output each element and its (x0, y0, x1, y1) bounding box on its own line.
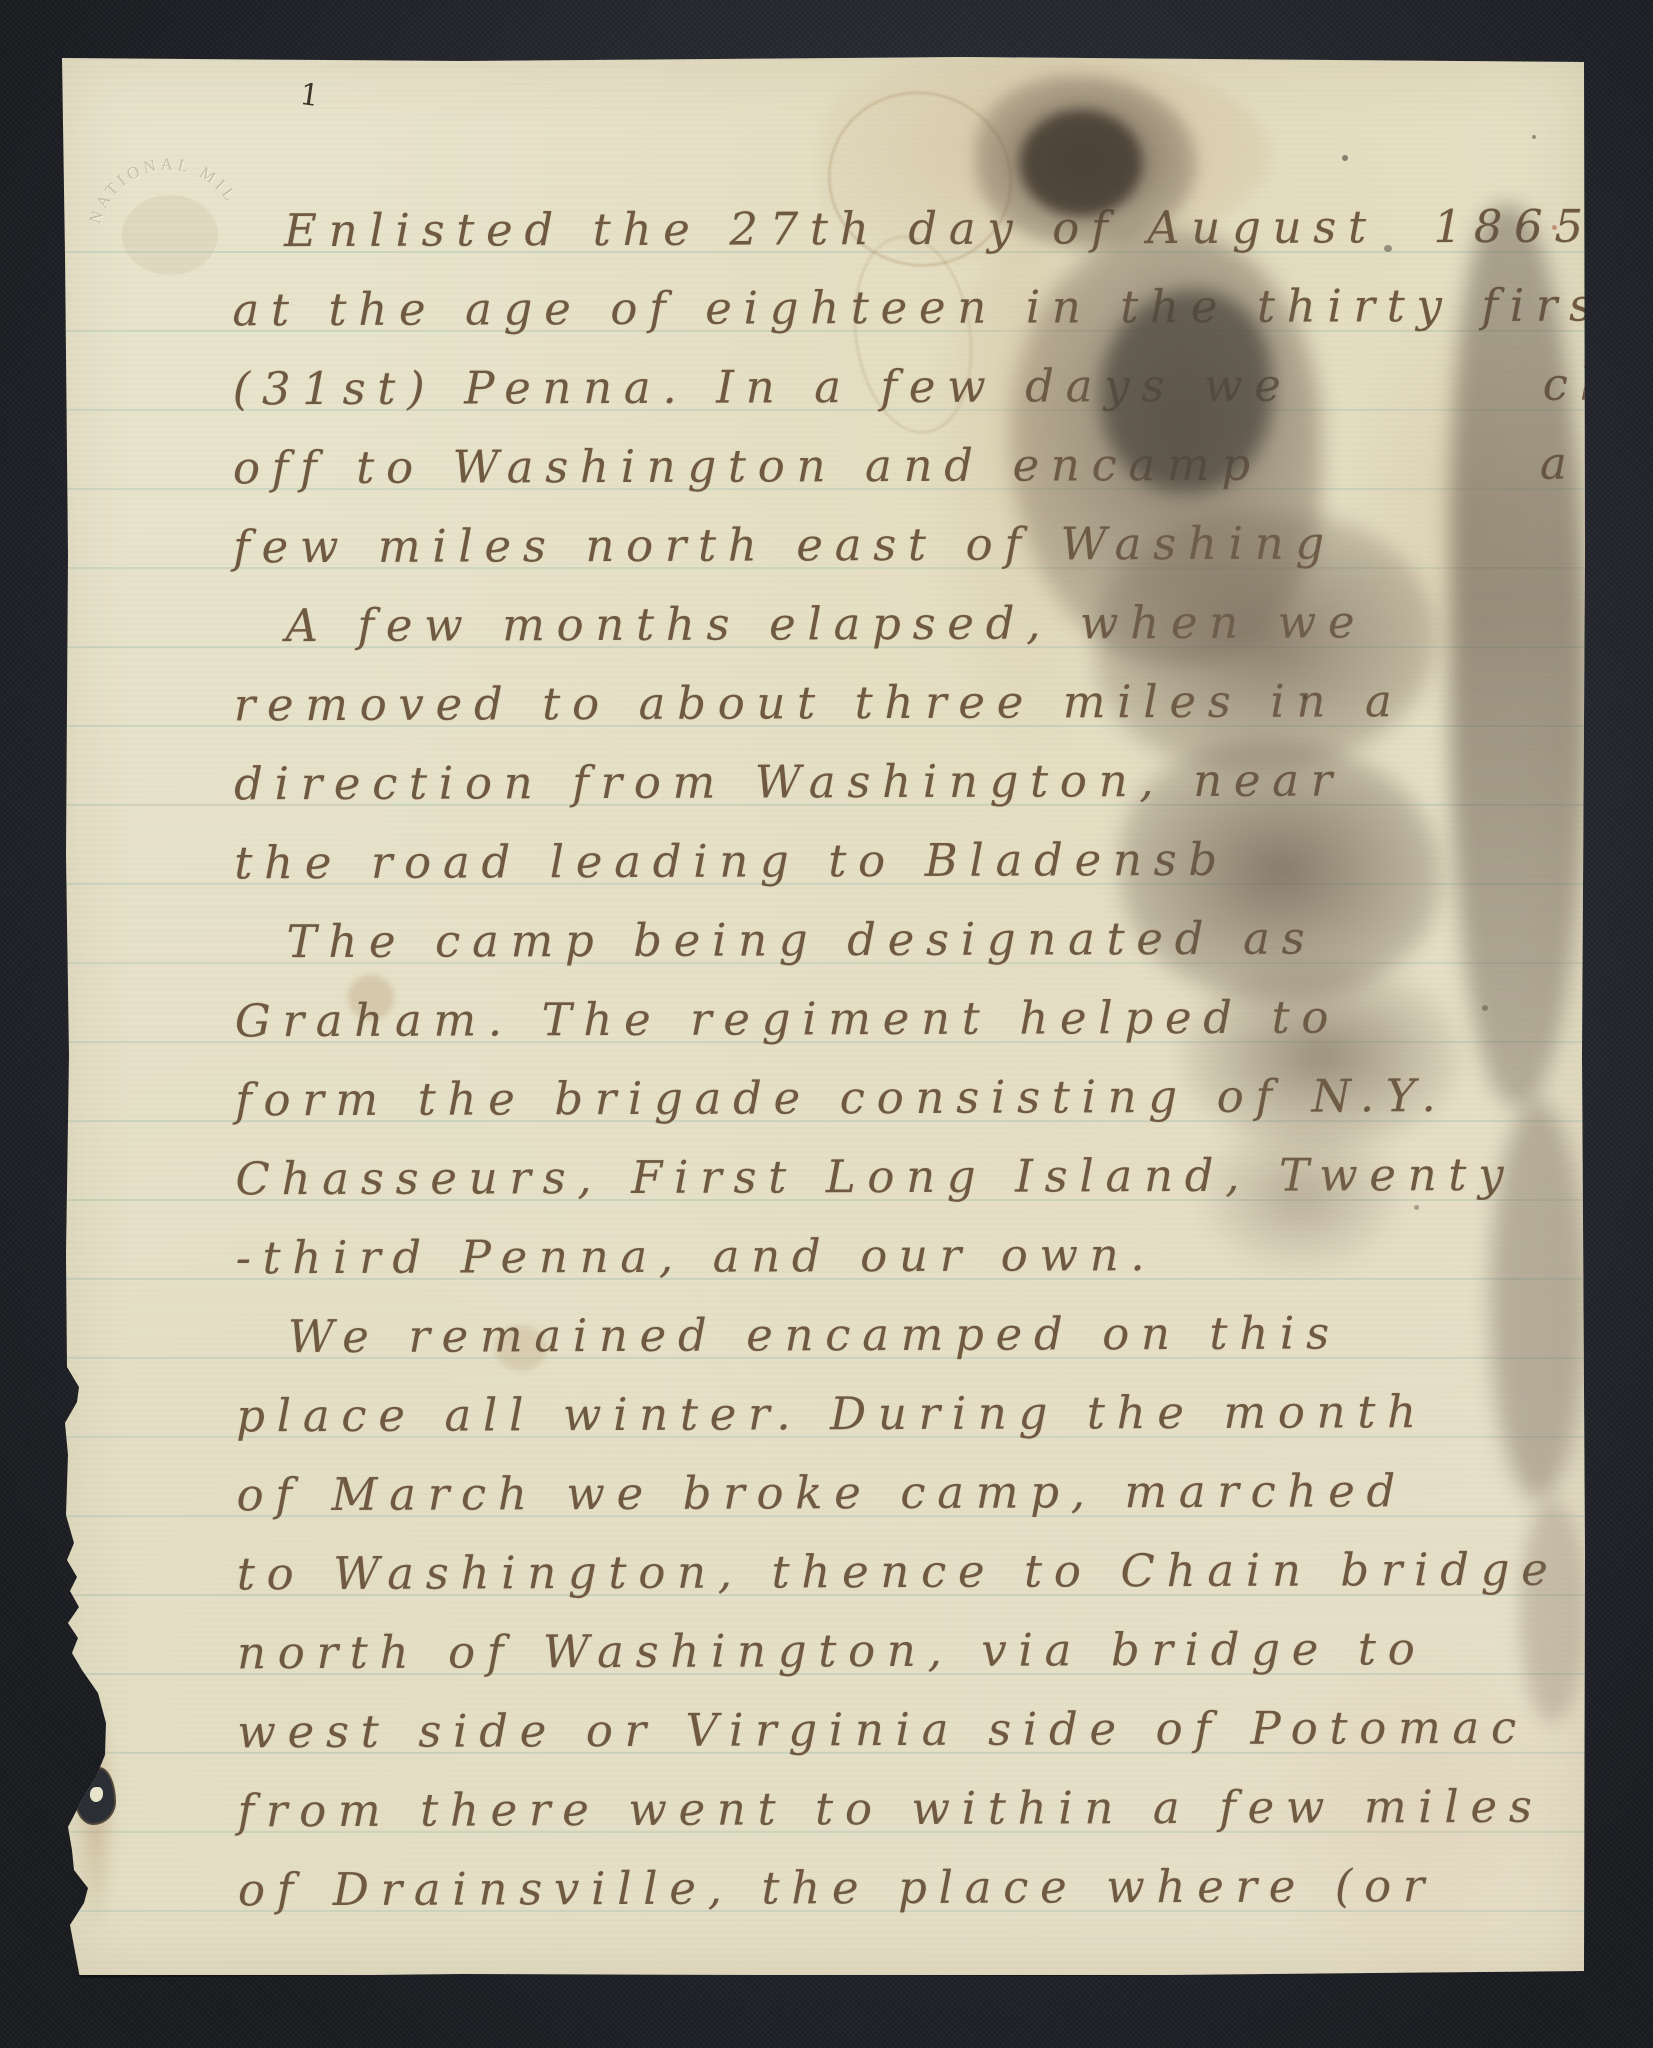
manuscript-line: the road leading to Bladensb (234, 819, 1564, 903)
manuscript-line: A few months elapsed, when we (233, 582, 1563, 666)
handwritten-text-block: Enlisted the 27th day of August 1865 at … (232, 187, 1568, 1930)
manuscript-line: Graham. The regiment helped to (235, 977, 1565, 1061)
manuscript-line: Enlisted the 27th day of August 1865 (232, 187, 1562, 271)
manuscript-line: -third Penna, and our own. (236, 1214, 1566, 1298)
manuscript-line: (31st) Penna. In a few days we ched (233, 345, 1563, 429)
manuscript-line: place all winter. During the month (236, 1372, 1566, 1456)
manuscript-line: of March we broke camp, marched (236, 1451, 1566, 1535)
manuscript-line: few miles north east of Washing (233, 503, 1563, 587)
manuscript-line: We remained encamped on this (236, 1293, 1566, 1377)
manuscript-line: west side or Virginia side of Potomac (237, 1688, 1567, 1772)
manuscript-page: NATIONAL MIL NATIONAL MIL 1 Enlisted the… (62, 55, 1585, 1975)
manuscript-line: Chasseurs, First Long Island, Twenty (235, 1135, 1565, 1219)
manuscript-line: form the brigade consisting of N.Y. (235, 1056, 1565, 1140)
manuscript-line: at the age of eighteen in the thirty fir… (232, 266, 1562, 350)
manuscript-line: of Drainsville, the place where (or (238, 1846, 1568, 1930)
page-number: 1 (298, 77, 322, 114)
manuscript-line: north of Washington, via bridge to (237, 1609, 1567, 1693)
manuscript-line: to Washington, thence to Chain bridge (237, 1530, 1567, 1614)
ink-speck (1532, 135, 1536, 139)
torn-hole (74, 1767, 116, 1825)
manuscript-line: from there went to within a few miles (237, 1767, 1567, 1851)
manuscript-line: off to Washington and encamp a (233, 424, 1563, 508)
manuscript-line: The camp being designated as (234, 898, 1564, 982)
manuscript-line: direction from Washington, near (234, 740, 1564, 824)
ink-speck (1342, 155, 1348, 161)
manuscript-line: removed to about three miles in a (234, 661, 1564, 745)
photographed-book-background: NATIONAL MIL NATIONAL MIL 1 Enlisted the… (0, 0, 1653, 2048)
paper-fragment (90, 1787, 103, 1802)
